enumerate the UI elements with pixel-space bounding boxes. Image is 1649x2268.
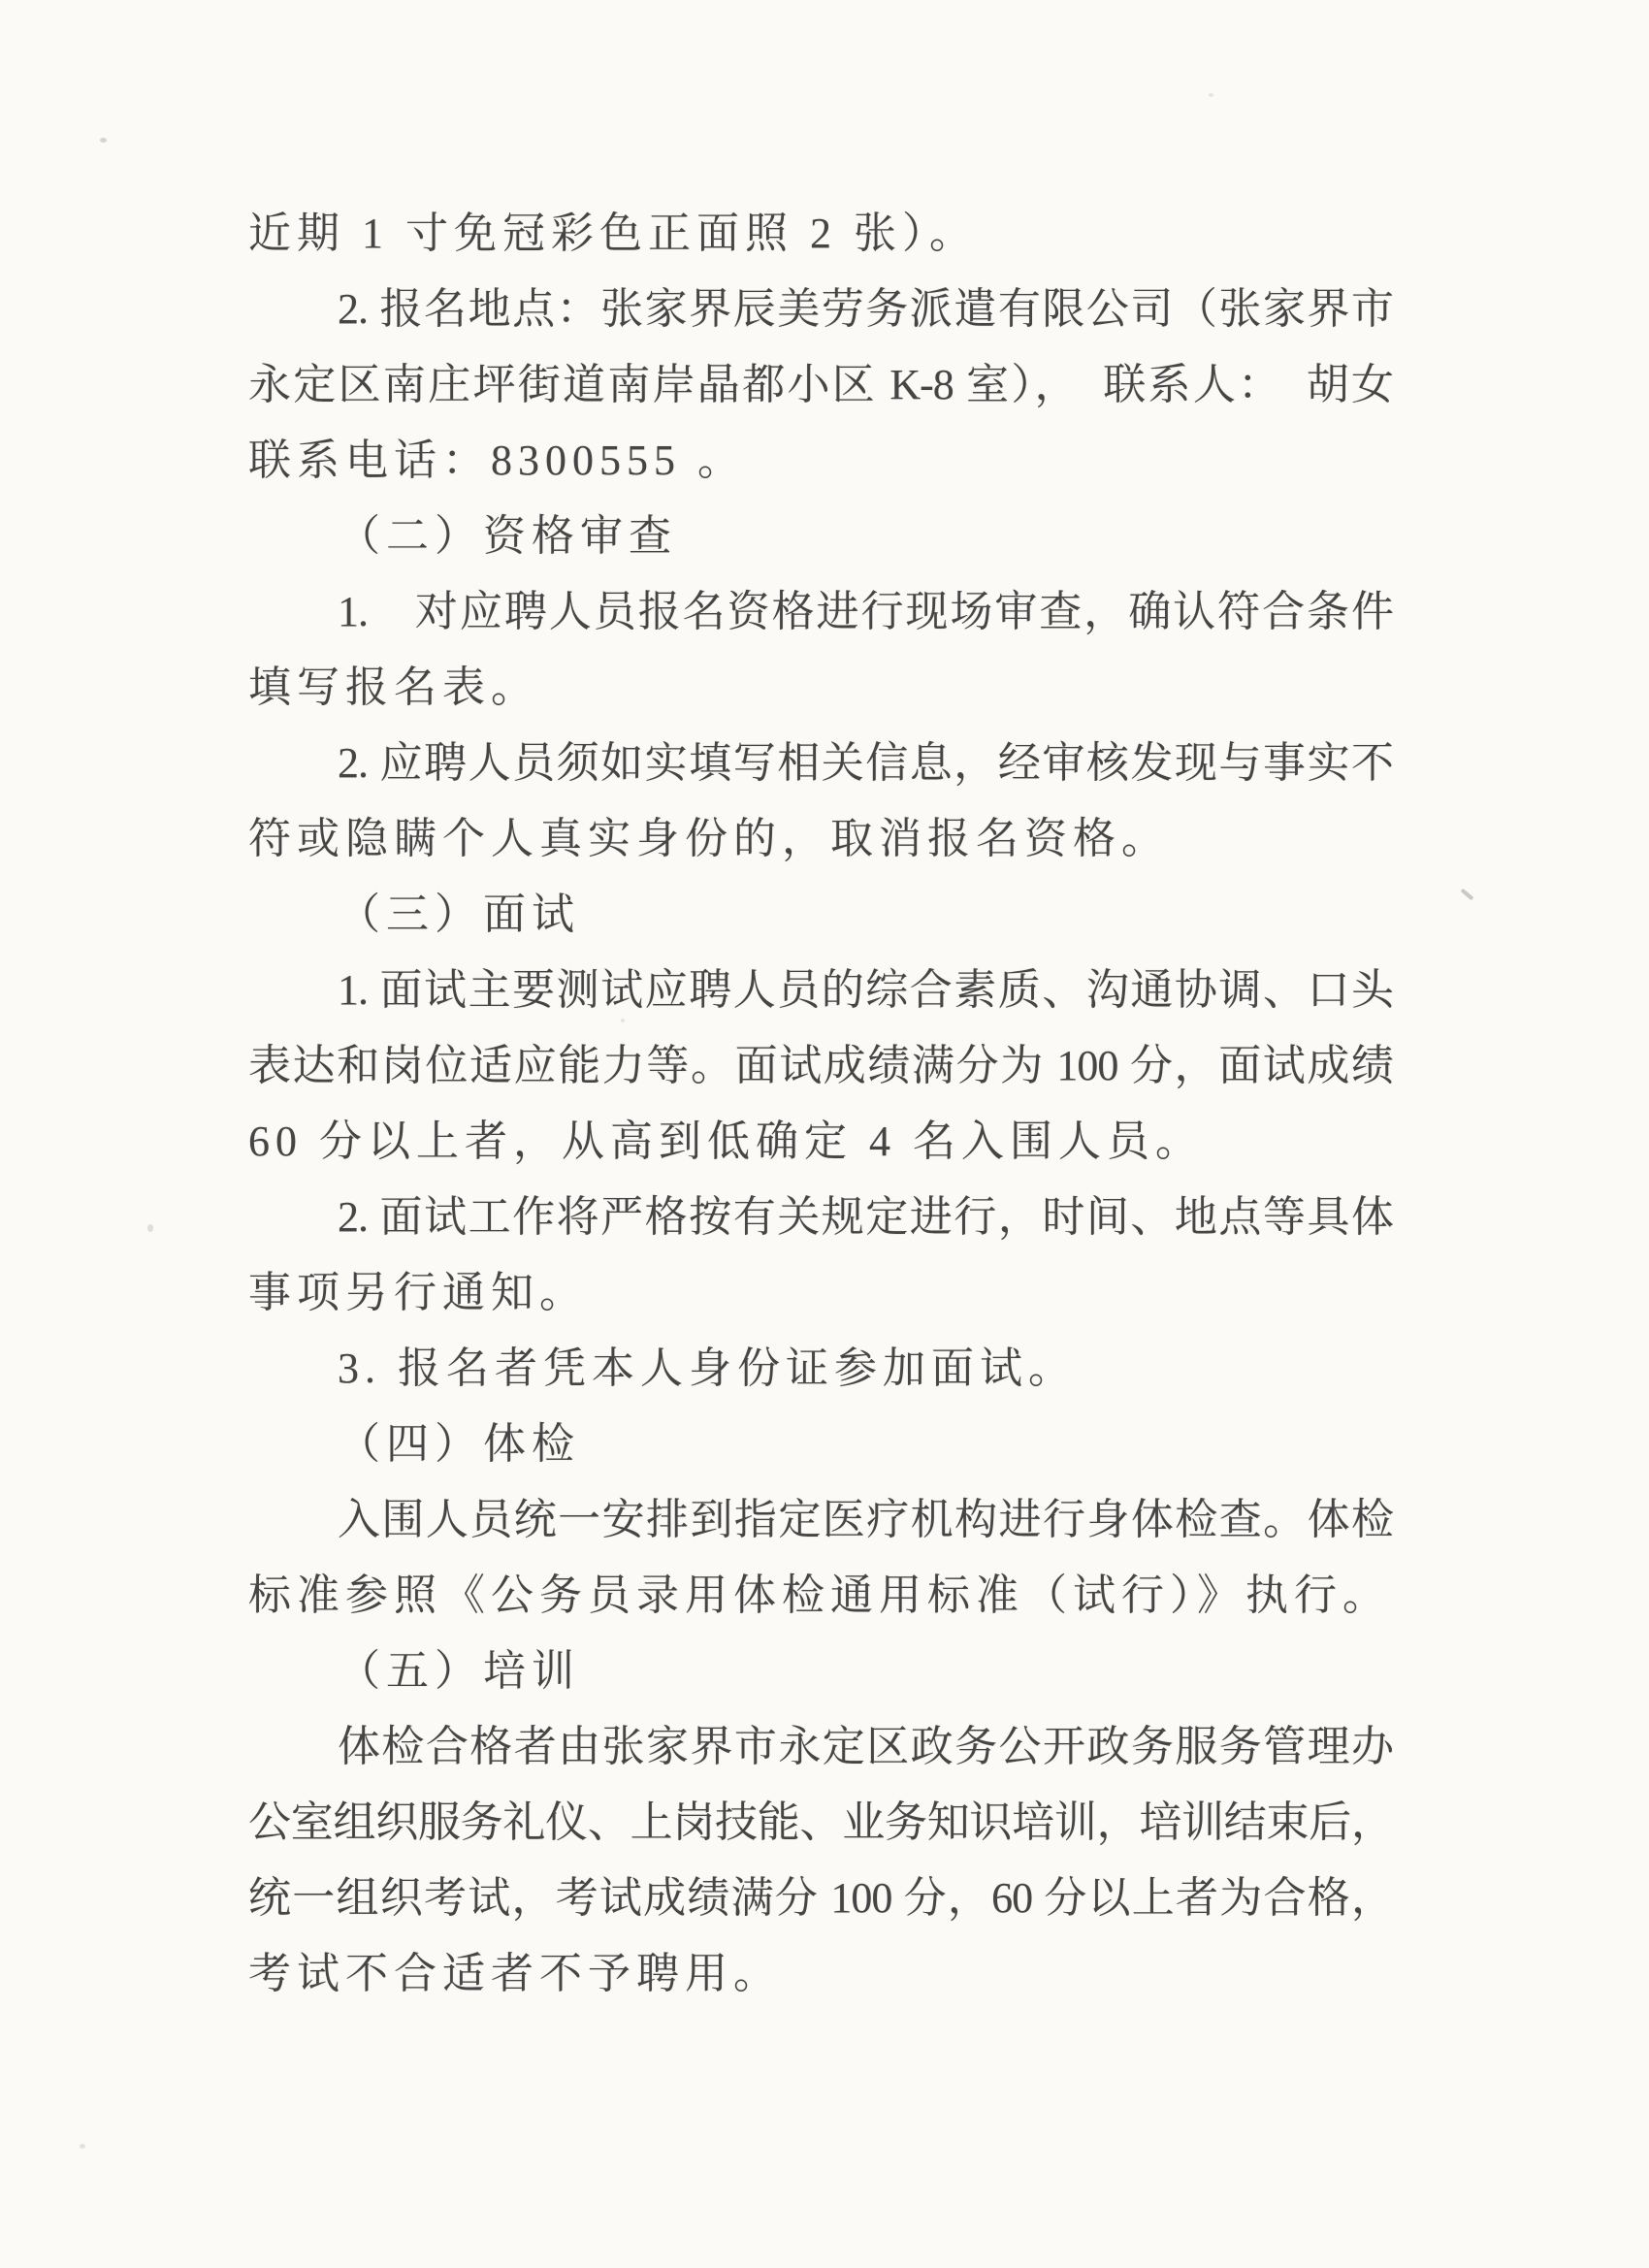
text-line: 统一组织考试，考试成绩满分 100 分，60 分以上者为合格， [248, 1861, 1393, 1936]
text-line: 近期 1 寸免冠彩色正面照 2 张）。 [248, 196, 1393, 272]
scan-speck [147, 1224, 153, 1232]
text-line: 填写报名表。 [248, 650, 1393, 726]
text-line: 符或隐瞒个人真实身份的，取消报名资格。 [248, 801, 1393, 877]
text-line: 事项另行通知。 [248, 1255, 1393, 1331]
text-line: （三）面试 [248, 877, 1393, 953]
text-line: 入围人员统一安排到指定医疗机构进行身体检查。体检 [248, 1482, 1393, 1558]
scanned-document-page: 近期 1 寸免冠彩色正面照 2 张）。2. 报名地点：张家界辰美劳务派遣有限公司… [0, 0, 1649, 2268]
scan-speck [1460, 889, 1473, 901]
text-line: 1. 面试主要测试应聘人员的综合素质、沟通协调、口头 [248, 953, 1393, 1028]
text-line: 2. 面试工作将严格按有关规定进行，时间、地点等具体 [248, 1180, 1393, 1255]
text-line: 1. 对应聘人员报名资格进行现场审查，确认符合条件的， [248, 574, 1393, 650]
scan-speck [100, 138, 107, 143]
text-line: 表达和岗位适应能力等。面试成绩满分为 100 分，面试成绩 [248, 1028, 1393, 1104]
text-line: 2. 应聘人员须如实填写相关信息，经审核发现与事实不 [248, 726, 1393, 801]
text-line: 3. 报名者凭本人身份证参加面试。 [248, 1331, 1393, 1407]
text-line: 60 分以上者，从高到低确定 4 名入围人员。 [248, 1104, 1393, 1180]
scan-speck [621, 1019, 625, 1022]
scan-speck [1209, 93, 1213, 97]
text-line: 体检合格者由张家界市永定区政务公开政务服务管理办 [248, 1709, 1393, 1785]
text-line: 公室组织服务礼仪、上岗技能、业务知识培训，培训结束后， [248, 1785, 1393, 1861]
text-line: （四）体检 [248, 1407, 1393, 1482]
text-line: （五）培训 [248, 1634, 1393, 1709]
text-line: 2. 报名地点：张家界辰美劳务派遣有限公司（张家界市 [248, 272, 1393, 347]
scan-speck [80, 2144, 85, 2149]
text-line: （二）资格审查 [248, 499, 1393, 574]
text-line: 永定区南庄坪街道南岸晶都小区 K-8 室）， 联系人： 胡女士， [248, 347, 1393, 423]
text-line: 标准参照《公务员录用体检通用标准（试行）》执行。 [248, 1558, 1393, 1634]
text-line: 联系电话：8300555 。 [248, 423, 1393, 499]
text-line: 考试不合适者不予聘用。 [248, 1936, 1393, 2012]
document-text-block: 近期 1 寸免冠彩色正面照 2 张）。2. 报名地点：张家界辰美劳务派遣有限公司… [248, 196, 1393, 2012]
